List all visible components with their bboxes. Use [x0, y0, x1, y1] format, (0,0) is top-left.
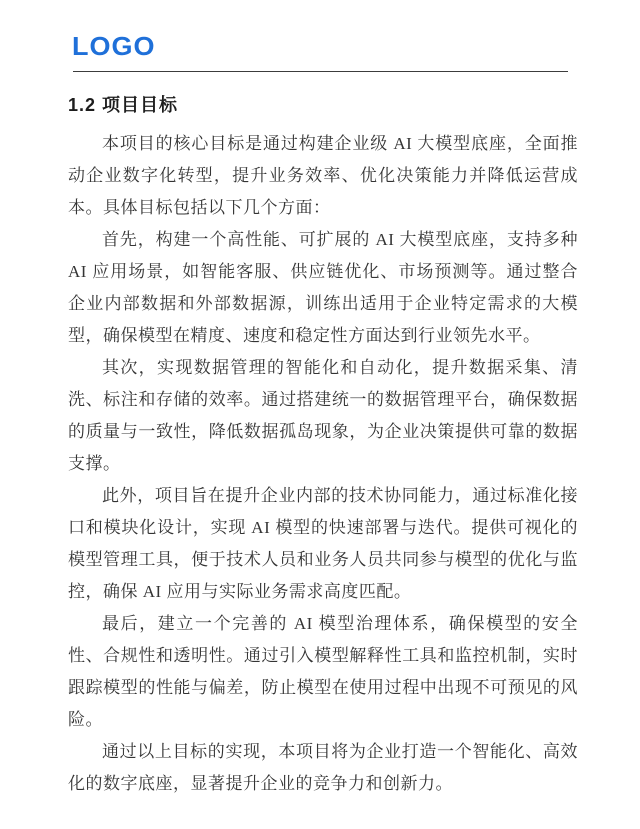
header-divider [73, 71, 568, 72]
paragraph-goal-3: 此外，项目旨在提升企业内部的技术协同能力，通过标准化接口和模块化设计，实现 AI… [68, 480, 578, 608]
section-heading: 1.2 项目目标 [68, 95, 578, 116]
paragraph-goal-1: 首先，构建一个高性能、可扩展的 AI 大模型底座，支持多种 AI 应用场景，如智… [68, 224, 578, 352]
paragraph-overview: 本项目的核心目标是通过构建企业级 AI 大模型底座，全面推动企业数字化转型，提升… [68, 128, 578, 224]
page-header: LOGO [68, 34, 578, 72]
document-body: 本项目的核心目标是通过构建企业级 AI 大模型底座，全面推动企业数字化转型，提升… [68, 128, 578, 800]
paragraph-goal-2: 其次，实现数据管理的智能化和自动化，提升数据采集、清洗、标注和存储的效率。通过搭… [68, 352, 578, 480]
paragraph-conclusion: 通过以上目标的实现，本项目将为企业打造一个智能化、高效化的数字底座，显著提升企业… [68, 736, 578, 800]
document-page: LOGO 1.2 项目目标 本项目的核心目标是通过构建企业级 AI 大模型底座，… [0, 0, 640, 829]
paragraph-goal-4: 最后，建立一个完善的 AI 模型治理体系，确保模型的安全性、合规性和透明性。通过… [68, 608, 578, 736]
logo: LOGO [72, 34, 578, 60]
